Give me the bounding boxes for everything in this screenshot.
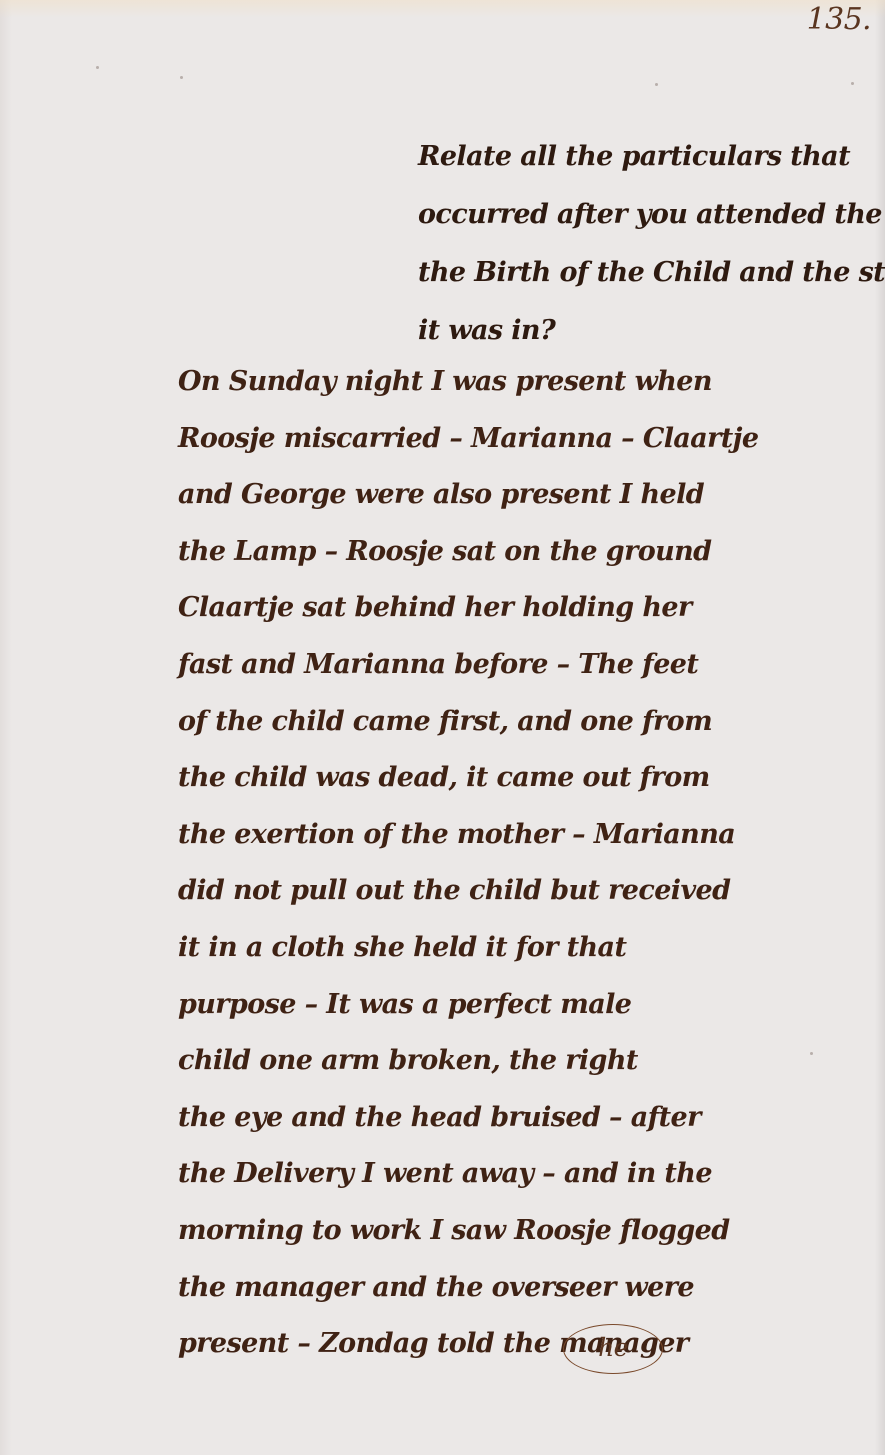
answer-line: purpose – It was a perfect male <box>178 977 738 1034</box>
answer-line: Roosje miscarried – Marianna – Claartje <box>178 411 738 468</box>
answer-line: child one arm broken, the right <box>178 1033 738 1090</box>
catchword-text: he <box>598 1333 628 1362</box>
answer-line: of the child came first, and one from <box>178 694 738 751</box>
answer-line: morning to work I saw Roosje flogged <box>178 1203 738 1260</box>
paper-speck <box>96 66 99 69</box>
answer-line: fast and Marianna before – The feet <box>178 637 738 694</box>
question-line: the Birth of the Child and the state <box>418 244 878 302</box>
answer-line: the Lamp – Roosje sat on the ground <box>178 524 738 581</box>
question-block: Relate all the particulars that occurred… <box>418 128 878 360</box>
answer-line: the child was dead, it came out from <box>178 750 738 807</box>
answer-line: Claartje sat behind her holding her <box>178 580 738 637</box>
answer-line: the manager and the overseer were <box>178 1260 738 1317</box>
paper-speck <box>810 1052 813 1055</box>
manuscript-page: 135. Relate all the particulars that occ… <box>0 0 885 1455</box>
paper-speck <box>851 82 854 85</box>
answer-block: On Sunday night I was present when Roosj… <box>178 354 738 1373</box>
answer-line: the exertion of the mother – Marianna <box>178 807 738 864</box>
question-line: it was in? <box>418 302 878 360</box>
answer-line: it in a cloth she held it for that <box>178 920 738 977</box>
paper-speck <box>180 76 183 79</box>
answer-line: On Sunday night I was present when <box>178 354 738 411</box>
page-number: 135. <box>807 2 871 37</box>
catchword-circle: he <box>563 1324 663 1374</box>
answer-line: did not pull out the child but received <box>178 863 738 920</box>
answer-line: the Delivery I went away – and in the <box>178 1146 738 1203</box>
answer-line: the eye and the head bruised – after <box>178 1090 738 1147</box>
answer-line: and George were also present I held <box>178 467 738 524</box>
question-line: Relate all the particulars that <box>418 128 878 186</box>
paper-speck <box>655 83 658 86</box>
question-line: occurred after you attended the call <box>418 186 878 244</box>
